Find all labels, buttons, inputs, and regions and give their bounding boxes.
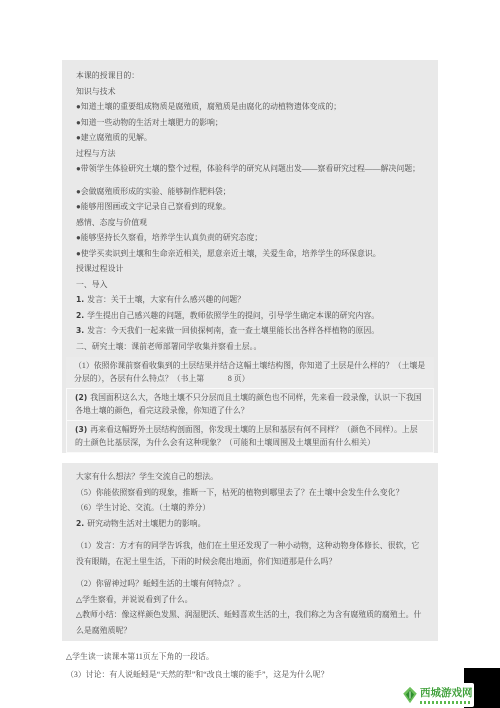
step-paragraph: 2.研究动物生活对土壤肥力的影响。	[62, 516, 438, 532]
lesson-plan-panel-bottom: 大家有什么想法？学生交流自己的想法。 （5）你能依照察看到的现象，推断一下，枯死…	[62, 463, 438, 641]
step-number: 2.	[76, 311, 84, 320]
teacher-summary-paragraph: △教师小结：像这样颜色发黑、润湿肥沃、蚯蚓喜欢生活的土，我们称之为含有腐殖质的腐…	[62, 607, 438, 638]
reading-task-paragraph: △学生读一读课本第11页左下角的一段话。	[62, 648, 438, 666]
process-bullet: ●会做腐殖质形成的实验、能够制作肥料袋；	[62, 184, 438, 200]
document-area: 本课的授课目的： 知识与技术 ●知道土壤的重要组成物质是腐殖质，腐殖质是由腐化的…	[62, 60, 438, 684]
question-number: (2)	[75, 393, 87, 402]
section-research-heading: 二、研究土壤：课前老师部署同学收集并察看土层。。	[62, 339, 438, 355]
watermark-leaf-icon	[401, 686, 419, 704]
below-panel-text: △学生读一读课本第11页左下角的一段话。 （3）讨论：有人说蚯蚓是“天然的犁”和…	[62, 648, 438, 684]
objective-bullet: ●建立腐殖质的见解。	[62, 130, 438, 146]
teacher-talk-paragraph: （1）发言：方才有的同学告诉我，他们在土里还发现了一种小动物，这种动物身体修长、…	[62, 538, 438, 569]
question-paragraph: （2）你留神过吗？蚯蚓生活的土壤有何特点？。	[62, 576, 438, 592]
process-method-heading: 过程与方法	[62, 146, 438, 162]
question-text: 再来看这幅野外土层结构剖面图，你发现土壤的上层和基层有何不同样？（颜色不同样）。…	[75, 425, 418, 447]
purpose-heading: 本课的授课目的：	[62, 68, 438, 84]
step-number: 2.	[76, 519, 84, 528]
question-paragraph: （6）学生讨论、交流。（土壤的养分）	[62, 500, 438, 516]
site-watermark[interactable]: 西城游戏网	[398, 683, 474, 707]
question-table: （1）依照你课前察看收集到的土层结果并结合这幅土壤结构图，你知道了土层是什么样的…	[66, 357, 434, 453]
section-intro-heading: 一、导入	[62, 277, 438, 293]
process-design-heading: 授课过程设计	[62, 261, 438, 277]
question-number: (3)	[75, 425, 87, 434]
step-text: 发言：今天我们一起来做一回侦探柯南，查一查土壤里能长出各样各样植物的原因。	[87, 326, 379, 335]
step-paragraph: 2.学生提出自己感兴趣的问题，教师依照学生的提问，引导学生确定本课的研究内容。	[62, 308, 438, 324]
discussion-question-paragraph: （3）讨论：有人说蚯蚓是“天然的犁”和“改良土壤的能手”，这是为什么呢？	[62, 666, 438, 684]
objective-bullet: ●知道土壤的重要组成物质是腐殖质，腐殖质是由腐化的动植物遗体变成的；	[62, 99, 438, 115]
step-number: 3.	[76, 326, 84, 335]
boxed-question: (2)我国面积这么大，各地土壤不只分层而且土壤的颜色也不同样，先来看一段录像，认…	[66, 389, 434, 421]
step-text: 研究动物生活对土壤肥力的影响。	[87, 519, 205, 528]
lesson-plan-panel-top: 本课的授课目的： 知识与技术 ●知道土壤的重要组成物质是腐殖质，腐殖质是由腐化的…	[62, 60, 438, 453]
process-bullet: ●能够用图画或文字记录自己察看到的现象。	[62, 199, 438, 215]
step-text: 发言：关于土壤，大家有什么感兴趣的问题？	[87, 295, 245, 304]
discussion-paragraph: 大家有什么想法？学生交流自己的想法。	[62, 469, 438, 485]
watermark-site-name: 西城游戏网	[420, 687, 473, 699]
watermark-text-column: 西城游戏网	[420, 687, 473, 704]
activity-paragraph: △学生察看，并说说看到了什么。	[62, 592, 438, 608]
question-text: 我国面积这么大，各地土壤不只分层而且土壤的颜色也不同样，先来看一段录像，认识一下…	[75, 393, 422, 415]
boxed-question: (3)再来看这幅野外土层结构剖面图，你发现土壤的上层和基层有何不同样？（颜色不同…	[66, 421, 434, 453]
attitude-bullet: ●使学买卖识到土壤和生命亲近相关，愿意亲近土壤，关爱生命，培养学生的环保意识。	[62, 246, 438, 262]
step-paragraph: 3.发言：今天我们一起来做一回侦探柯南，查一查土壤里能长出各样各样植物的原因。	[62, 323, 438, 339]
attitude-values-heading: 感情、态度与价值观	[62, 215, 438, 231]
attitude-bullet: ●能够坚持长久察看，培养学生认真负责的研究态度；	[62, 230, 438, 246]
boxed-question: （1）依照你课前察看收集到的土层结果并结合这幅土壤结构图，你知道了土层是什么样的…	[66, 357, 434, 389]
section-divider	[62, 453, 438, 463]
step-paragraph: 1.发言：关于土壤，大家有什么感兴趣的问题？	[62, 292, 438, 308]
process-bullet: ●带领学生体验研究土壤的整个过程，体验科学的研究从问题出发——察看研究过程——解…	[62, 161, 438, 177]
knowledge-skills-heading: 知识与技术	[62, 84, 438, 100]
step-text: 学生提出自己感兴趣的问题，教师依照学生的提问，引导学生确定本课的研究内容。	[87, 311, 379, 320]
objective-bullet: ●知道一些动物的生活对土壤肥力的影响；	[62, 115, 438, 131]
watermark-tagline	[420, 701, 472, 704]
step-number: 1.	[76, 295, 84, 304]
question-paragraph: （5）你能依照察看到的现象，推断一下，枯死的植物到哪里去了？在土壤中会发生什么变…	[62, 485, 438, 501]
